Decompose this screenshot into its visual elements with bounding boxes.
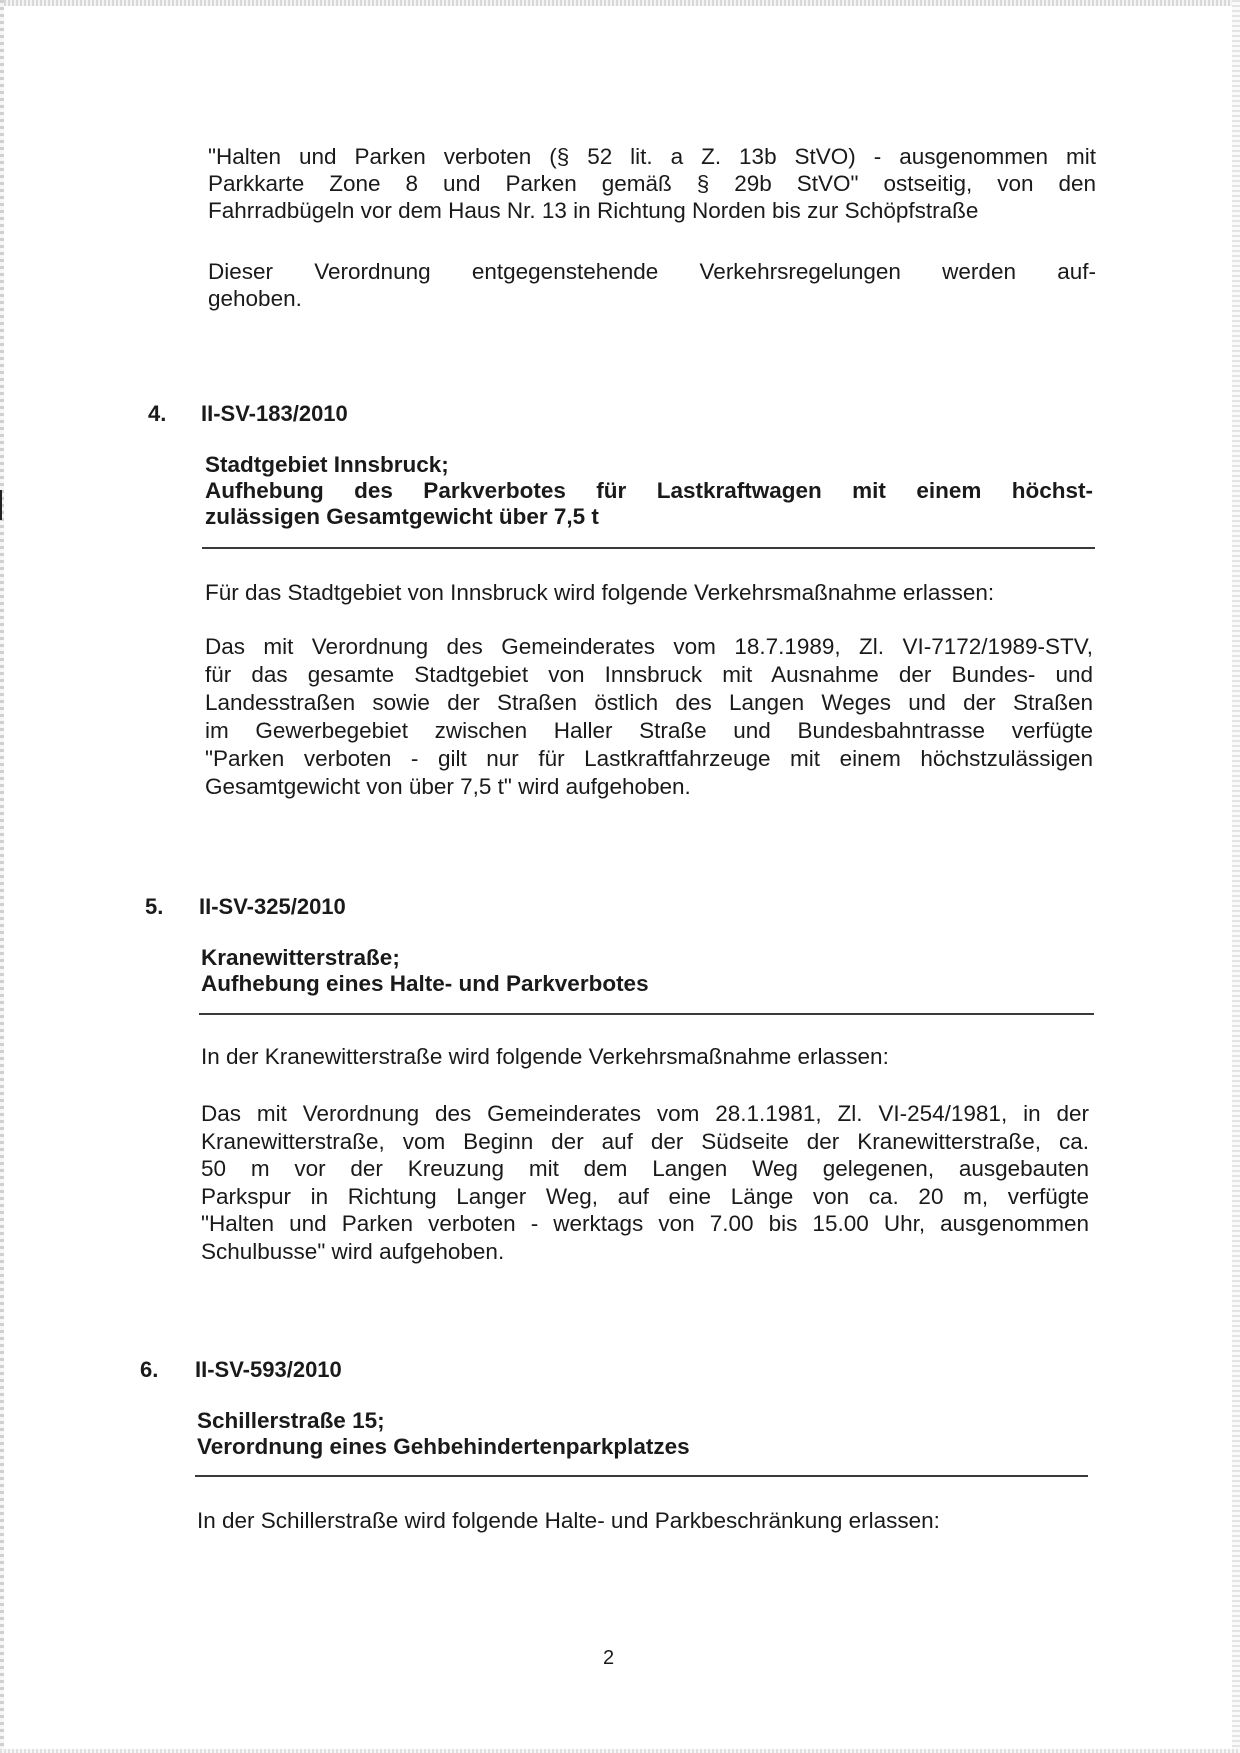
item-lead: In der Schillerstraße wird folgende Halt… [197, 1507, 1085, 1534]
item-title: Kranewitterstraße; Aufhebung eines Halte… [201, 945, 1089, 997]
item-number: 4. [148, 401, 166, 427]
item-lead: In der Kranewitterstraße wird folgende V… [201, 1043, 1089, 1070]
text-line: "Halten und Parken verboten - werktags v… [201, 1210, 1089, 1238]
scan-mark [0, 490, 2, 520]
scan-edge-left [0, 0, 4, 1753]
text-line: im Gewerbegebiet zwischen Haller Straße … [205, 717, 1093, 745]
title-line: Kranewitterstraße; [201, 945, 1089, 971]
intro-closing-paragraph: Dieser Verordnung entgegenstehende Verke… [208, 258, 1096, 312]
text-line: Parkspur in Richtung Langer Weg, auf ein… [201, 1183, 1089, 1211]
text-line: In der Schillerstraße wird folgende Halt… [197, 1507, 1085, 1534]
item-title: Schillerstraße 15; Verordnung eines Gehb… [197, 1408, 1085, 1460]
text-line: In der Kranewitterstraße wird folgende V… [201, 1043, 1089, 1070]
title-underline [195, 1475, 1088, 1477]
text-line: Für das Stadtgebiet von Innsbruck wird f… [205, 579, 1093, 606]
page-number: 2 [603, 1647, 614, 1670]
text-line: gehoben. [208, 285, 1096, 312]
text-line: Fahrradbügeln vor dem Haus Nr. 13 in Ric… [208, 197, 1096, 224]
text-line: "Halten und Parken verboten (§ 52 lit. a… [208, 143, 1096, 170]
title-line: Schillerstraße 15; [197, 1408, 1085, 1434]
text-line: Kranewitterstraße, vom Beginn der auf de… [201, 1128, 1089, 1156]
item-number: 6. [140, 1357, 158, 1383]
item-reference: II-SV-325/2010 [199, 894, 346, 920]
item-lead: Für das Stadtgebiet von Innsbruck wird f… [205, 579, 1093, 606]
title-line: Aufhebung des Parkverbotes für Lastkraft… [205, 478, 1093, 504]
title-line: Stadtgebiet Innsbruck; [205, 452, 1093, 478]
text-line: Das mit Verordnung des Gemeinderates vom… [205, 633, 1093, 661]
text-line: Das mit Verordnung des Gemeinderates vom… [201, 1100, 1089, 1128]
title-underline [202, 547, 1095, 549]
text-line: für das gesamte Stadtgebiet von Innsbruc… [205, 661, 1093, 689]
text-line: Schulbusse" wird aufgehoben. [201, 1238, 1089, 1266]
item-body: Das mit Verordnung des Gemeinderates vom… [205, 633, 1093, 801]
scan-edge-top [0, 0, 1240, 6]
scan-edge-bottom [0, 1749, 1240, 1753]
item-reference: II-SV-183/2010 [201, 401, 348, 427]
text-line: Landesstraßen sowie der Straßen östlich … [205, 689, 1093, 717]
title-line: Aufhebung eines Halte- und Parkverbotes [201, 971, 1089, 997]
item-title: Stadtgebiet Innsbruck; Aufhebung des Par… [205, 452, 1093, 530]
intro-paragraph: "Halten und Parken verboten (§ 52 lit. a… [208, 143, 1096, 224]
title-line: zulässigen Gesamtgewicht über 7,5 t [205, 504, 1093, 530]
text-line: 50 m vor der Kreuzung mit dem Langen Weg… [201, 1155, 1089, 1183]
item-reference: II-SV-593/2010 [195, 1357, 342, 1383]
title-line: Verordnung eines Gehbehindertenparkplatz… [197, 1434, 1085, 1460]
scan-edge-right [1232, 0, 1240, 1753]
item-body: Das mit Verordnung des Gemeinderates vom… [201, 1100, 1089, 1265]
text-line: "Parken verboten - gilt nur für Lastkraf… [205, 745, 1093, 773]
text-line: Gesamtgewicht von über 7,5 t" wird aufge… [205, 773, 1093, 801]
item-number: 5. [145, 894, 163, 920]
text-line: Parkkarte Zone 8 und Parken gemäß § 29b … [208, 170, 1096, 197]
title-underline [199, 1013, 1094, 1015]
text-line: Dieser Verordnung entgegenstehende Verke… [208, 258, 1096, 285]
